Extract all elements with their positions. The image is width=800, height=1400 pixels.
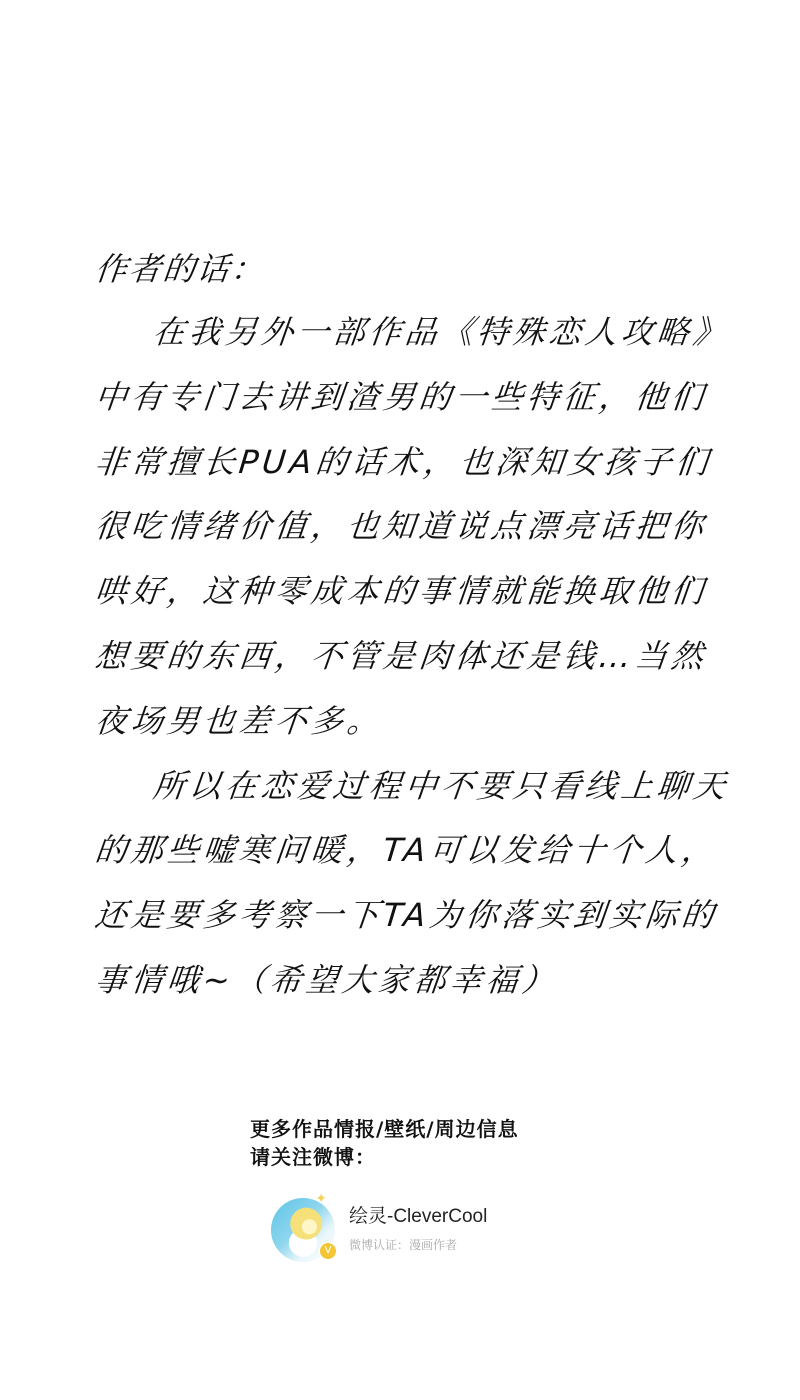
note-line: 中有专门去讲到渣男的一些特征，他们 <box>92 365 749 430</box>
note-line: 想要的东西，不管是肉体还是钱…当然 <box>92 624 749 689</box>
note-line: 哄好，这种零成本的事情就能换取他们 <box>92 559 749 624</box>
note-title: 作者的话： <box>92 238 749 300</box>
sparkle-icon: ✦ <box>315 1192 327 1206</box>
note-line: 的那些嘘寒问暖，TA可以发给十个人， <box>92 818 749 883</box>
anime-character-avatar-icon[interactable]: ✦ V <box>271 1198 335 1262</box>
note-line: 还是要多考察一下TA为你落实到实际的 <box>92 883 749 948</box>
verified-badge-icon: V <box>319 1242 337 1260</box>
author-note: 作者的话： 在我另外一部作品《特殊恋人攻略》 中有专门去讲到渣男的一些特征，他们… <box>95 238 745 1013</box>
note-line: 夜场男也差不多。 <box>92 689 749 754</box>
note-line: 事情哦~（希望大家都幸福） <box>92 948 749 1013</box>
follow-info-line: 更多作品情报/壁纸/周边信息 <box>250 1115 590 1143</box>
note-line: 非常擅长PUA的话术，也深知女孩子们 <box>92 430 749 495</box>
profile-certification: 微博认证：漫画作者 <box>349 1235 487 1255</box>
follow-info-line: 请关注微博： <box>250 1143 590 1171</box>
note-line: 所以在恋爱过程中不要只看线上聊天 <box>92 754 749 819</box>
weibo-profile-card[interactable]: ✦ V 绘灵-CleverCool 微博认证：漫画作者 <box>271 1198 487 1262</box>
note-line: 很吃情绪价值，也知道说点漂亮话把你 <box>92 494 749 559</box>
profile-name[interactable]: 绘灵-CleverCool <box>349 1205 487 1229</box>
note-line: 在我另外一部作品《特殊恋人攻略》 <box>92 300 749 365</box>
follow-info: 更多作品情报/壁纸/周边信息 请关注微博： <box>250 1115 590 1171</box>
